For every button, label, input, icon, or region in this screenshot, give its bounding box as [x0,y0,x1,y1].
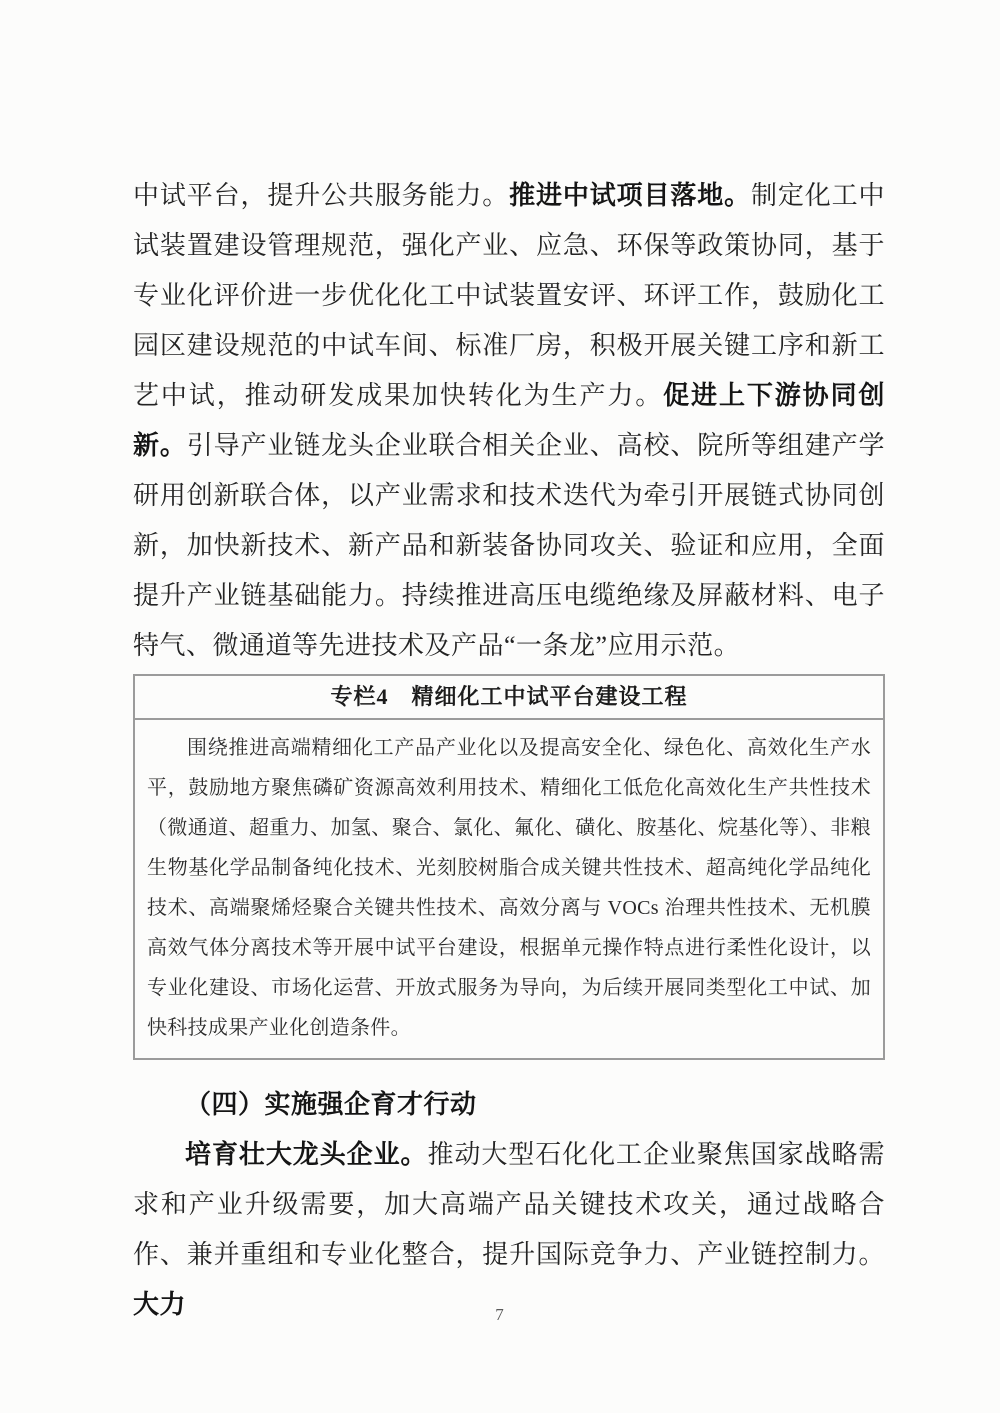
bold-text-segment: 推进中试项目落地。 [509,181,751,210]
column-4-box-body: 围绕推进高端精细化工产品产业化以及提高安全化、绿色化、高效化生产水平，鼓励地方聚… [135,720,883,1058]
paragraph-pilot-platform: 中试平台，提升公共服务能力。推进中试项目落地。制定化工中试装置建设管理规范，强化… [133,171,885,671]
text-segment: 中试平台，提升公共服务能力。 [133,181,509,210]
column-4-box: 专栏4 精细化工中试平台建设工程 围绕推进高端精细化工产品产业化以及提高安全化、… [133,674,885,1060]
section-heading-four: （四）实施强企育才行动 [133,1080,885,1130]
document-content: 中试平台，提升公共服务能力。推进中试项目落地。制定化工中试装置建设管理规范，强化… [133,171,885,1330]
text-segment: 制定化工中试装置建设管理规范，强化产业、应急、环保等政策协同，基于专业化评价进一… [133,181,885,410]
page-number: 7 [0,1305,1000,1325]
paragraph-leading-enterprises: 培育壮大龙头企业。推动大型石化化工企业聚焦国家战略需求和产业升级需要，加大高端产… [133,1130,885,1330]
document-page: 中试平台，提升公共服务能力。推进中试项目落地。制定化工中试装置建设管理规范，强化… [0,0,1000,1413]
column-4-box-title: 专栏4 精细化工中试平台建设工程 [135,676,883,720]
text-segment: 引导产业链龙头企业联合相关企业、高校、院所等组建产学研用创新联合体，以产业需求和… [133,431,885,660]
bold-text-segment: 培育壮大龙头企业。 [185,1140,427,1169]
